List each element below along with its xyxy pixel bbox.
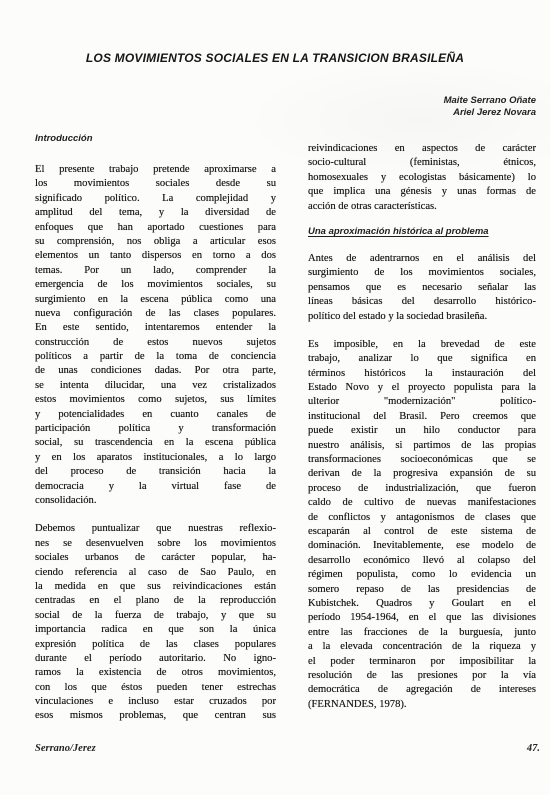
- text-line: somero repaso de las presidencias de: [308, 583, 536, 597]
- text-line: proceso de industrialización, que fueron: [308, 482, 536, 496]
- text-line: transformaciones socioeconómicas que se: [308, 453, 536, 467]
- text-line: social, su trascendencia en la escena pú…: [35, 436, 276, 450]
- left-column-body: El presente trabajo pretende aproximarse…: [35, 163, 276, 724]
- text-line: significado político. La complejidad y: [35, 192, 276, 206]
- author-names: Maite Serrano OñateAriel Jerez Novara: [444, 95, 536, 119]
- left-column: Introducción El presente trabajo pretend…: [35, 133, 276, 724]
- text-line: políticos a partir de la toma de concien…: [35, 350, 276, 364]
- text-line: caldo de cultivo de nuevas manifestacion…: [308, 496, 536, 510]
- text-line: participación política y transformación: [35, 422, 276, 436]
- text-line: emergencia de los movimientos sociales, …: [35, 278, 276, 292]
- text-line: nuestro análisis, si partimos de las pro…: [308, 439, 536, 453]
- text-line: ciendo referencia al caso de Sao Paulo, …: [35, 566, 276, 580]
- text-line: expresión política de las clases popular…: [35, 638, 276, 652]
- text-line: su comprensión, nos obliga a articular e…: [35, 235, 276, 249]
- footer-running-head: Serrano/Jerez: [35, 743, 96, 754]
- text-line: importancia radica en que son la única: [35, 623, 276, 637]
- paragraph: El presente trabajo pretende aproximarse…: [35, 163, 276, 508]
- text-line: sociales urbanos de carácter popular, ha…: [35, 551, 276, 565]
- text-line: ulterior "modernización" político-: [308, 395, 536, 409]
- paragraph: Antes de adentrarnos en el análisis dels…: [308, 252, 536, 324]
- right-column: reivindicaciones en aspectos de carácter…: [308, 142, 536, 712]
- text-line: En este sentido, intentaremos entender l…: [35, 321, 276, 335]
- text-line: elementos un tanto dispersos en torno a …: [35, 249, 276, 263]
- text-line: reivindicaciones en aspectos de carácter: [308, 142, 536, 156]
- text-line: surgimiento en la escena pública como un…: [35, 293, 276, 307]
- text-line: con los que éstos pueden tener estrechas: [35, 681, 276, 695]
- text-line: construcción de estos nuevos sujetos: [35, 336, 276, 350]
- text-line: entre las fracciones de la burguesía, ju…: [308, 626, 536, 640]
- text-line: socio-cultural (feministas, étnicos,: [308, 156, 536, 170]
- text-line: El presente trabajo pretende aproximarse…: [35, 163, 276, 177]
- author-name: Ariel Jerez Novara: [444, 107, 536, 119]
- text-line: resolución de las presiones por la vía: [308, 669, 536, 683]
- footer-page-number: 47.: [527, 743, 540, 754]
- section-heading-introduccion: Introducción: [35, 133, 276, 145]
- text-line: enfoques que han aportado cuestiones par…: [35, 221, 276, 235]
- text-line: vinculaciones e incluso estar cruzados p…: [35, 695, 276, 709]
- text-line: Kubistchek. Quadros y Goulart en el: [308, 597, 536, 611]
- text-line: Antes de adentrarnos en el análisis del: [308, 252, 536, 266]
- text-line: acción de otras características.: [308, 200, 536, 214]
- text-line: democracia y la virtual fase de: [35, 480, 276, 494]
- text-line: y potencialidades en cuanto canales de: [35, 408, 276, 422]
- text-line: la medida en que sus reivindicaciones es…: [35, 580, 276, 594]
- text-line: trabajo, analizar lo que significa en: [308, 352, 536, 366]
- text-line: centradas en el plano de la reproducción: [35, 594, 276, 608]
- text-line: Es imposible, en la brevedad de este: [308, 338, 536, 352]
- paragraph: Es imposible, en la brevedad de estetrab…: [308, 338, 536, 712]
- text-line: (FERNANDES, 1978).: [308, 698, 536, 712]
- text-line: amplitud del tema, y la diversidad de: [35, 206, 276, 220]
- paragraph: reivindicaciones en aspectos de carácter…: [308, 142, 536, 214]
- text-line: Debemos puntualizar que nuestras reflexi…: [35, 522, 276, 536]
- author-name: Maite Serrano Oñate: [444, 95, 536, 107]
- right-column-body: reivindicaciones en aspectos de carácter…: [308, 142, 536, 712]
- text-line: se intenta dilucidar, una vez cristaliza…: [35, 379, 276, 393]
- text-line: el poder terminaron por imposibilitar la: [308, 655, 536, 669]
- text-line: institucional del Brasil. Pero creemos q…: [308, 410, 536, 424]
- text-line: puede existir un hilo conductor para: [308, 424, 536, 438]
- text-line: de conflictos y antagonismos de clases q…: [308, 511, 536, 525]
- text-line: que implica una génesis y unas formas de: [308, 185, 536, 199]
- text-line: Estado Novo y el proyecto populista para…: [308, 381, 536, 395]
- text-line: desarrollo económico llevó al colapso de…: [308, 554, 536, 568]
- text-line: período 1954-1964, en el que las divisio…: [308, 611, 536, 625]
- text-line: temas. Por un lado, comprender la: [35, 264, 276, 278]
- text-line: nueva configuración de las clases popula…: [35, 307, 276, 321]
- text-line: del proceso de transición hacia la: [35, 465, 276, 479]
- text-line: régimen populista, como lo evidencia un: [308, 568, 536, 582]
- text-line: político del estado y la sociedad brasil…: [308, 310, 536, 324]
- text-line: social de la fuerza de trabajo, y que su: [35, 609, 276, 623]
- text-line: de unas condiciones dadas. Por otra part…: [35, 364, 276, 378]
- text-line: dominación. Inevitablemente, ese modelo …: [308, 539, 536, 553]
- text-line: nes se desenvuelven sobre los movimiento…: [35, 537, 276, 551]
- text-line: escaparán al control de este sistema de: [308, 525, 536, 539]
- section-heading: Una aproximación histórica al problema: [308, 225, 536, 238]
- article-title: LOS MOVIMIENTOS SOCIALES EN LA TRANSICIO…: [0, 51, 550, 65]
- text-line: líneas básicas del desarrollo histórico-: [308, 295, 536, 309]
- text-line: ramos la existencia de otros movimientos…: [35, 666, 276, 680]
- text-line: consolidación.: [35, 494, 276, 508]
- text-line: estos movimientos como sujetos, sus lími…: [35, 393, 276, 407]
- document-page: LOS MOVIMIENTOS SOCIALES EN LA TRANSICIO…: [0, 0, 550, 795]
- text-line: a la elevada concentración de la riqueza…: [308, 640, 536, 654]
- text-line: derivan de la progresiva expansión de su: [308, 467, 536, 481]
- text-line: durante el período autoritario. No igno-: [35, 652, 276, 666]
- text-line: esos mismos problemas, que centran sus: [35, 709, 276, 723]
- text-line: surgimiento de los movimientos sociales,: [308, 266, 536, 280]
- text-line: democrática de agregación de intereses: [308, 683, 536, 697]
- paragraph: Debemos puntualizar que nuestras reflexi…: [35, 522, 276, 723]
- text-line: los movimientos sociales desde su: [35, 177, 276, 191]
- text-line: pensamos que es necesario señalar las: [308, 281, 536, 295]
- text-line: y en los aparatos institucionales, a lo …: [35, 451, 276, 465]
- text-line: homosexuales y ecologistas básicamente) …: [308, 171, 536, 185]
- text-line: términos históricos la instauración del: [308, 367, 536, 381]
